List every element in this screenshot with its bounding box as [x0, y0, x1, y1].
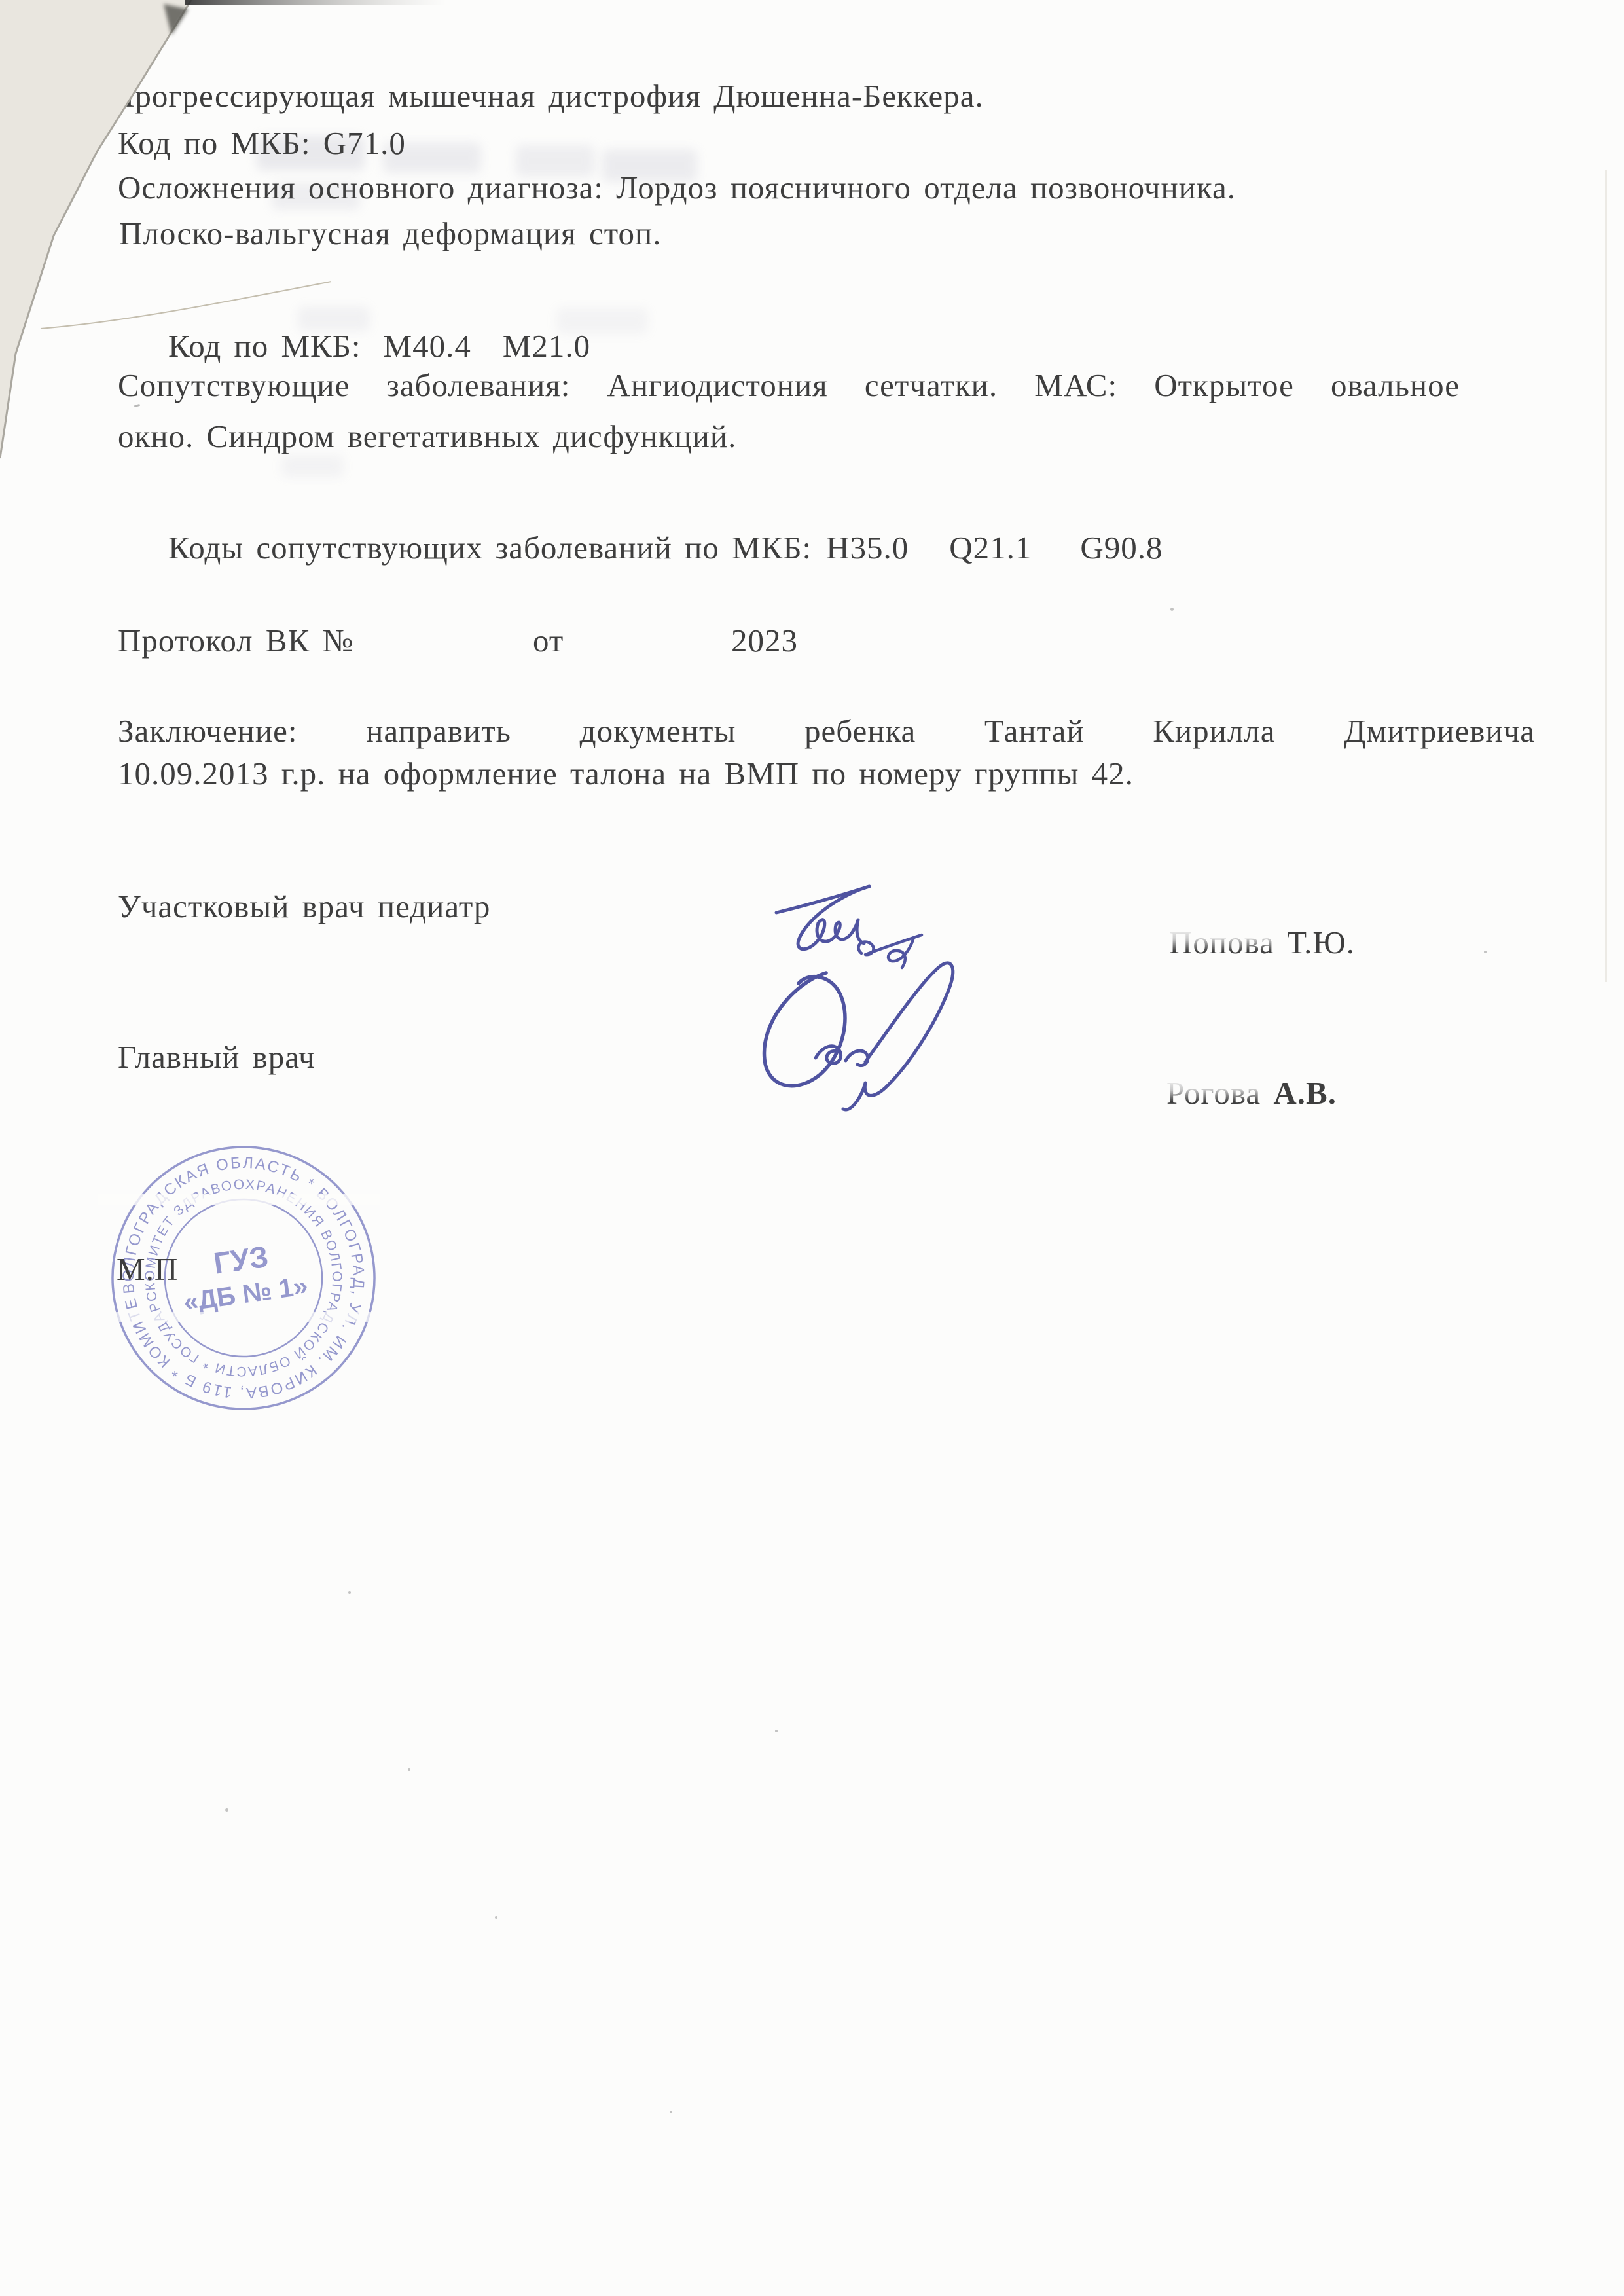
signatory2-name: Рогова А.В.: [1116, 1040, 1337, 1148]
stamp-fade-stripe: [98, 1194, 380, 1205]
bleedthrough-artifact: [281, 455, 344, 477]
protocol-ot: от: [533, 623, 564, 659]
signatory1-role: Участковый врач педиатр: [118, 889, 490, 925]
conclusion-line-1: Заключение: направить документы ребенка …: [118, 714, 1535, 750]
scan-speck: [134, 404, 140, 407]
signatory1-name: Попова Т.Ю.: [1119, 889, 1355, 997]
comorbidities-line-1: Сопутствующие заболевания: Ангиодистония…: [118, 368, 1460, 404]
scan-speck: [670, 2111, 672, 2113]
stamp-center-line1: ГУЗ: [211, 1239, 270, 1281]
seal-mark-label: М.П: [117, 1252, 178, 1288]
scan-speck: [495, 1916, 497, 1919]
icd-complications-label: Код по МКБ:: [168, 328, 361, 364]
signatory2-surname: Рогова: [1166, 1075, 1261, 1111]
comorbidity-code-g90: G90.8: [1080, 530, 1163, 566]
stamp-fade-stripe: [98, 1312, 380, 1322]
complications-line-1: Осложнения основного диагноза: Лордоз по…: [118, 170, 1236, 206]
scanned-document-page: ВОЛГОГРАДСКАЯ ОБЛАСТЬ * ВОЛГОГРАД, УЛ. И…: [0, 0, 1624, 2296]
fold-crease-shadow: [164, 4, 189, 35]
icd-code-m21: М21.0: [503, 328, 590, 364]
conclusion-line-2: 10.09.2013 г.р. на оформление талона на …: [118, 756, 1134, 792]
page-right-edge: [1605, 170, 1607, 982]
comorbidity-code-h35: Н35.0: [826, 530, 909, 566]
scanner-top-strip: [185, 0, 446, 5]
signatory1-initials: Т.Ю.: [1287, 924, 1355, 960]
icd-code-m40: М40.4: [384, 328, 471, 364]
stamp-center-line2: «ДБ № 1»: [182, 1271, 310, 1317]
scan-speck: [775, 1730, 778, 1732]
protocol-label: Протокол ВК №: [118, 623, 353, 659]
signatory2-role: Главный врач: [118, 1040, 316, 1076]
signatory1-surname: Попова: [1169, 924, 1274, 960]
signature-popova: [776, 886, 922, 968]
comorbidity-codes-line: Коды сопутствующих заболеваний по МКБ:Н3…: [118, 494, 1163, 602]
signatory2-initials: А.В.: [1273, 1075, 1337, 1111]
scan-speck: [1484, 951, 1487, 953]
scan-speck: [348, 1591, 351, 1594]
complications-line-2: Плоско-вальгусная деформация стоп.: [119, 216, 661, 252]
scan-speck: [408, 1768, 410, 1771]
comorbidity-code-q21: Q21.1: [949, 530, 1032, 566]
signature-rogova: [765, 963, 953, 1110]
diagnosis-line: Прогрессирующая мышечная дистрофия Дюшен…: [111, 79, 984, 115]
scan-speck: [1170, 608, 1174, 611]
scan-speck: [225, 1808, 228, 1812]
comorbidities-line-2: окно. Синдром вегетативных дисфункций.: [118, 419, 736, 455]
protocol-year: 2023: [731, 623, 798, 659]
comorbidity-codes-label: Коды сопутствующих заболеваний по МКБ:: [168, 530, 812, 566]
icd-main-line: Код по МКБ: G71.0: [118, 126, 406, 162]
